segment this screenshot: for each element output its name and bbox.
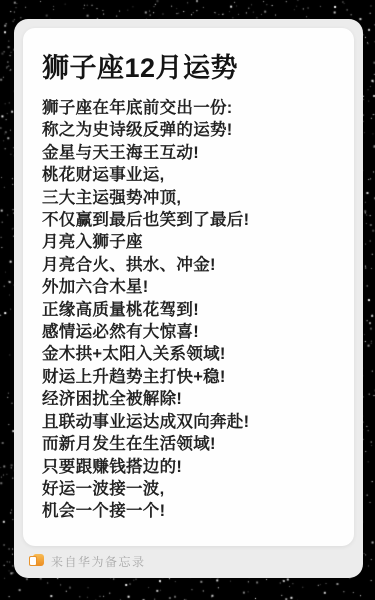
note-line: 狮子座在年底前交出一份: [42, 97, 338, 119]
note-line: 月亮合火、拱水、冲金! [42, 254, 338, 276]
note-line: 金木拱+太阳入关系领域! [42, 343, 338, 365]
note-line: 而新月发生在生活领域! [42, 433, 338, 455]
note-line: 金星与天王海王互动! [42, 142, 338, 164]
notes-app-icon [29, 554, 44, 568]
note-line: 三大主运强势冲顶, [42, 187, 338, 209]
note-source-row: 来自华为备忘录 [29, 553, 146, 569]
note-body: 狮子座在年底前交出一份:称之为史诗级反弹的运势!金星与天王海王互动!桃花财运事业… [42, 97, 338, 523]
note-line: 且联动事业运达成双向奔赴! [42, 411, 338, 433]
share-card: 狮子座12月运势 狮子座在年底前交出一份:称之为史诗级反弹的运势!金星与天王海王… [14, 19, 363, 578]
note-title: 狮子座12月运势 [42, 51, 338, 85]
note-line: 财运上升趋势主打快+稳! [42, 366, 338, 388]
notes-icon-front-sheet [29, 556, 37, 566]
note-source-label: 来自华为备忘录 [51, 553, 146, 570]
note-line: 好运一波接一波, [42, 478, 338, 500]
note-line: 正缘高质量桃花驾到! [42, 299, 338, 321]
note-line: 外加六合木星! [42, 276, 338, 298]
note-line: 称之为史诗级反弹的运势! [42, 119, 338, 141]
note-line: 只要跟赚钱搭边的! [42, 456, 338, 478]
note-line: 月亮入狮子座 [42, 231, 338, 253]
note-line: 不仅赢到最后也笑到了最后! [42, 209, 338, 231]
note-line: 经济困扰全被解除! [42, 388, 338, 410]
screenshot-stage: 狮子座12月运势 狮子座在年底前交出一份:称之为史诗级反弹的运势!金星与天王海王… [0, 0, 375, 600]
note-line: 感情运必然有大惊喜! [42, 321, 338, 343]
note-line: 桃花财运事业运, [42, 164, 338, 186]
note-card: 狮子座12月运势 狮子座在年底前交出一份:称之为史诗级反弹的运势!金星与天王海王… [23, 28, 354, 546]
note-line: 机会一个接一个! [42, 500, 338, 522]
